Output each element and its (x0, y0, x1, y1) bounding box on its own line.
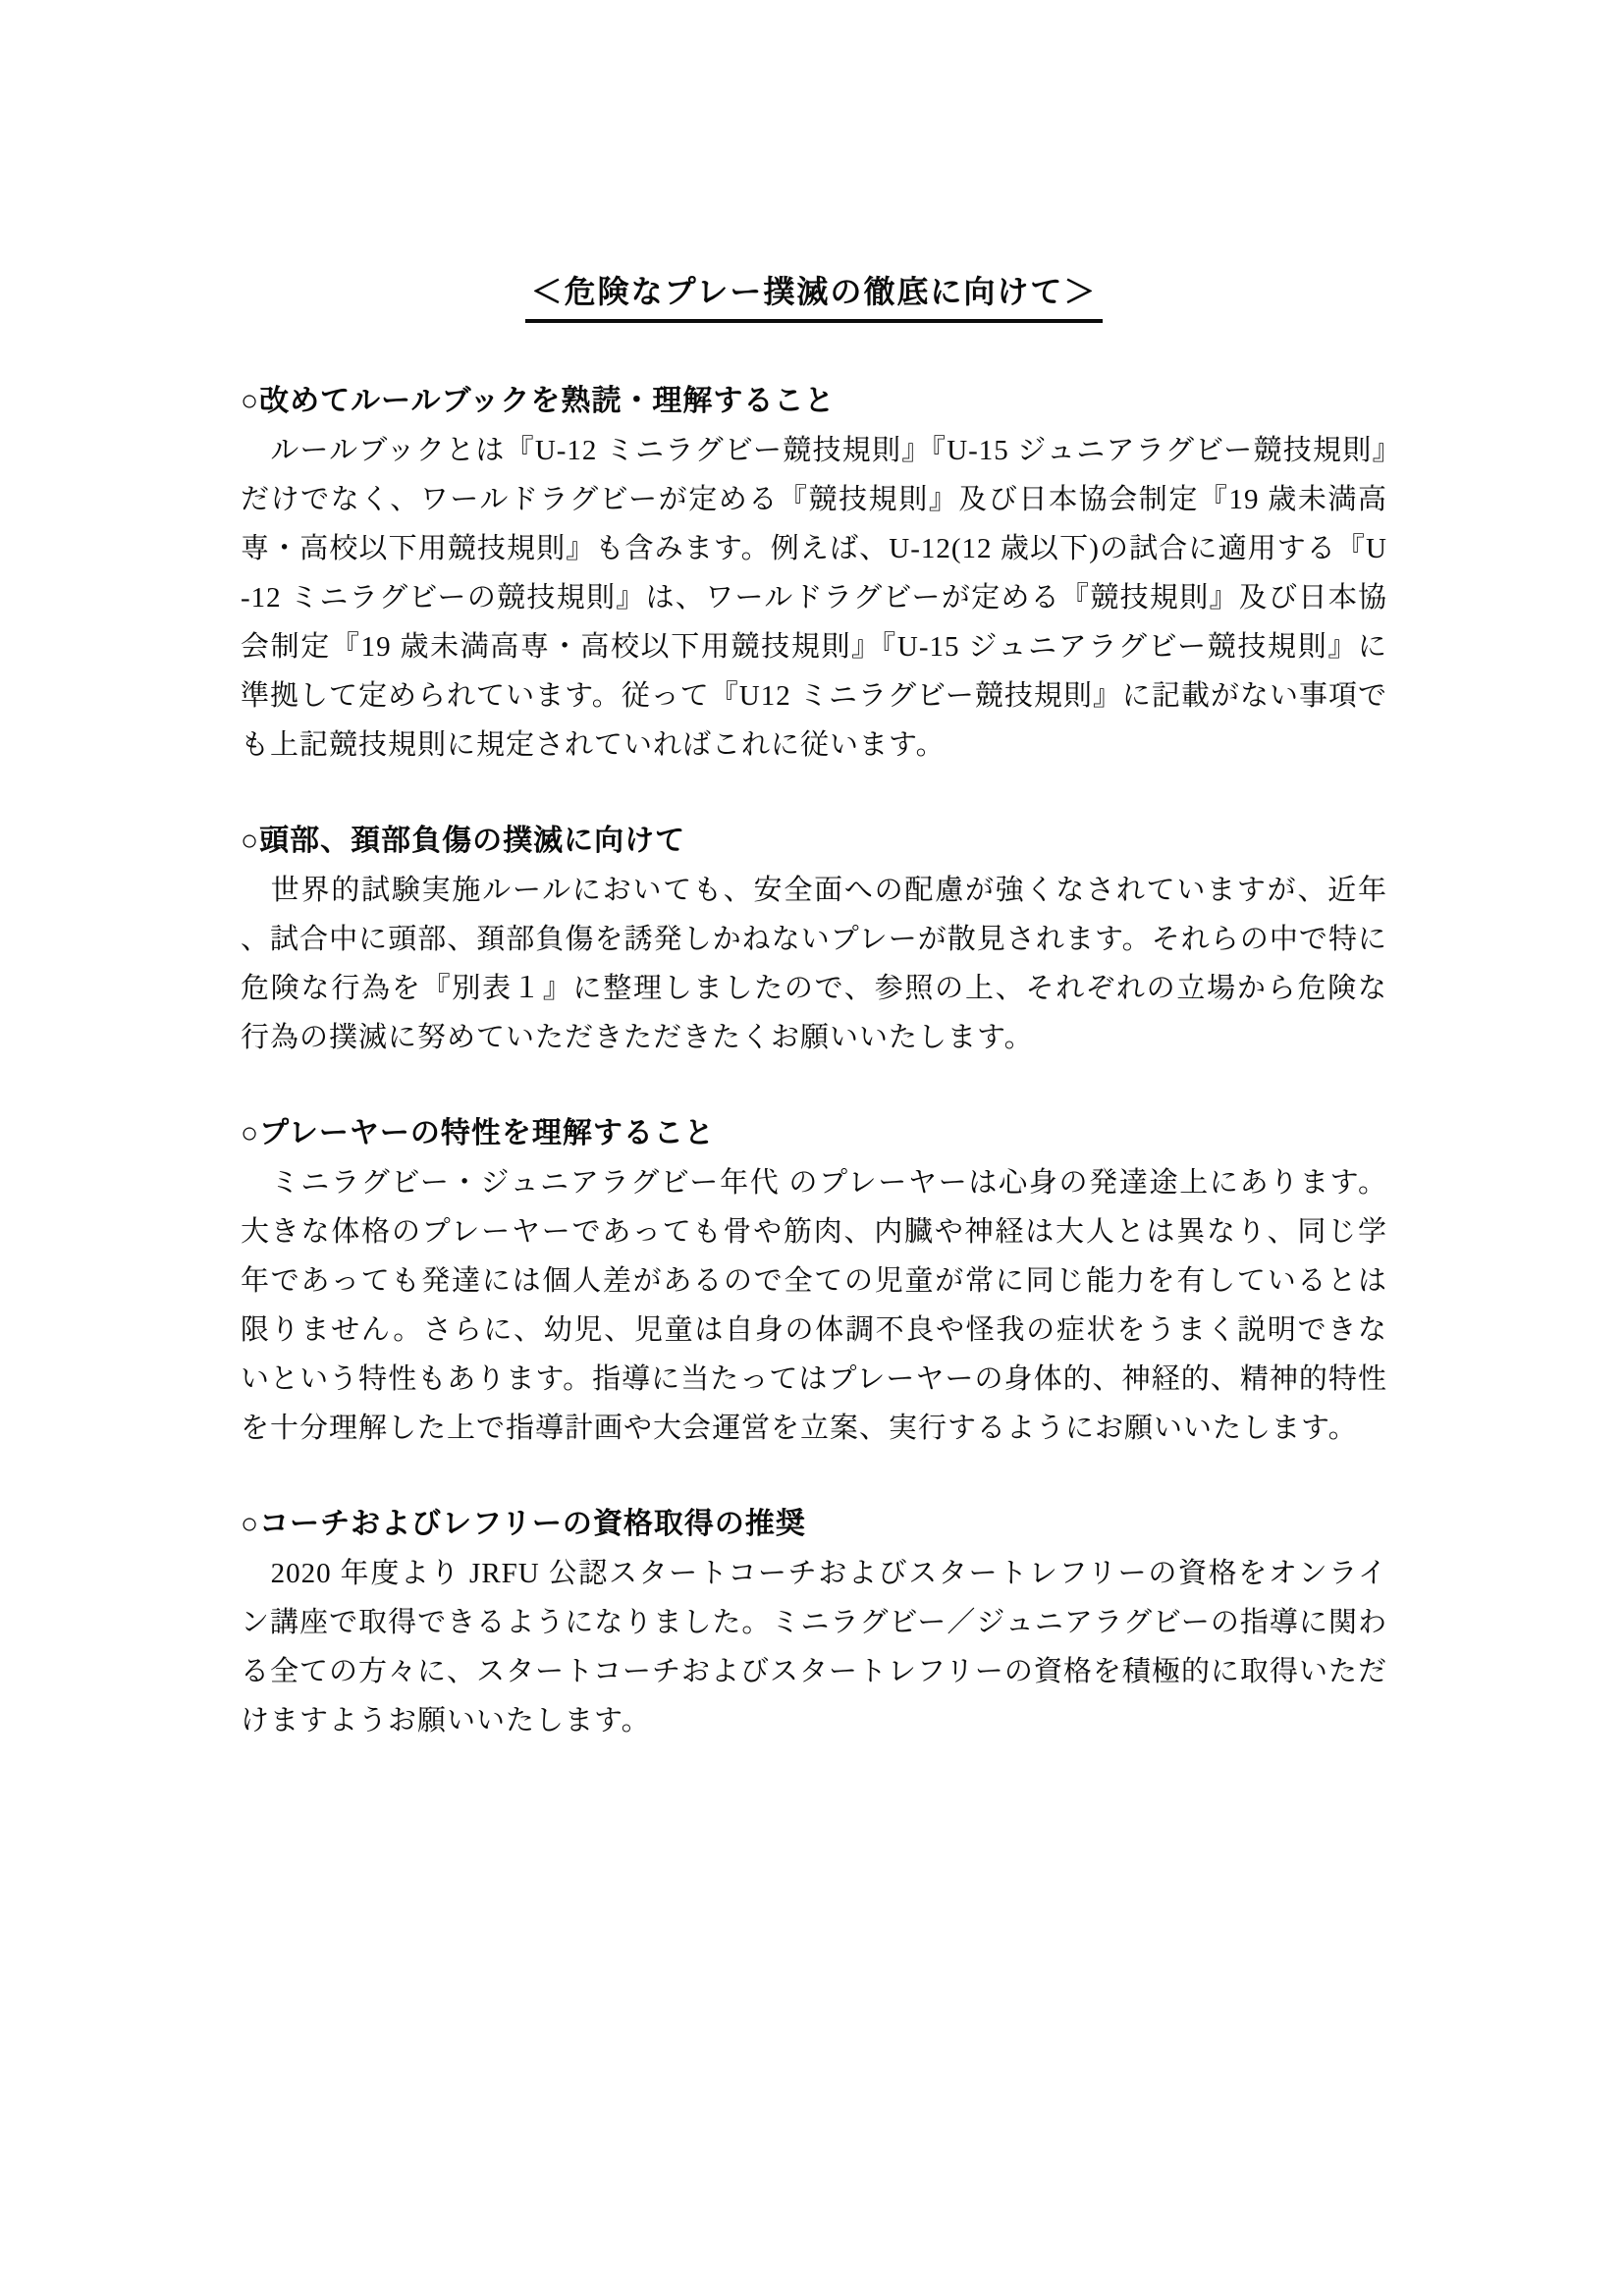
section-heading-rulebook: ○改めてルールブックを熟読・理解すること (241, 377, 1387, 426)
document-title: ＜危険なプレー撲滅の徹底に向けて＞ (525, 267, 1104, 323)
document-page: ＜危険なプレー撲滅の徹底に向けて＞ ○改めてルールブックを熟読・理解すること ル… (0, 0, 1624, 2296)
section-body-coach-referee-certification: 2020 年度より JRFU 公認スタートコーチおよびスタートレフリーの資格をオ… (241, 1549, 1387, 1745)
section-coach-referee-certification: ○コーチおよびレフリーの資格取得の推奨 2020 年度より JRFU 公認スター… (241, 1500, 1387, 1745)
section-player-characteristics: ○プレーヤーの特性を理解すること ミニラグビー・ジュニアラグビー年代 のプレーヤ… (241, 1109, 1387, 1453)
section-heading-coach-referee-certification: ○コーチおよびレフリーの資格取得の推奨 (241, 1500, 1387, 1549)
section-body-head-neck-injury: 世界的試験実施ルールにおいても、安全面への配慮が強くなされていますが、近年、試合… (241, 866, 1387, 1062)
section-body-player-characteristics: ミニラグビー・ジュニアラグビー年代 のプレーヤーは心身の発達途上にあります。大き… (241, 1158, 1387, 1453)
section-rulebook: ○改めてルールブックを熟読・理解すること ルールブックとは『U-12 ミニラグビ… (241, 377, 1387, 770)
section-heading-player-characteristics: ○プレーヤーの特性を理解すること (241, 1109, 1387, 1158)
section-heading-head-neck-injury: ○頭部、頚部負傷の撲滅に向けて (241, 817, 1387, 866)
document-title-row: ＜危険なプレー撲滅の徹底に向けて＞ (241, 267, 1387, 323)
section-body-rulebook: ルールブックとは『U-12 ミニラグビー競技規則』『U-15 ジュニアラグビー競… (241, 426, 1387, 770)
section-head-neck-injury: ○頭部、頚部負傷の撲滅に向けて 世界的試験実施ルールにおいても、安全面への配慮が… (241, 817, 1387, 1062)
